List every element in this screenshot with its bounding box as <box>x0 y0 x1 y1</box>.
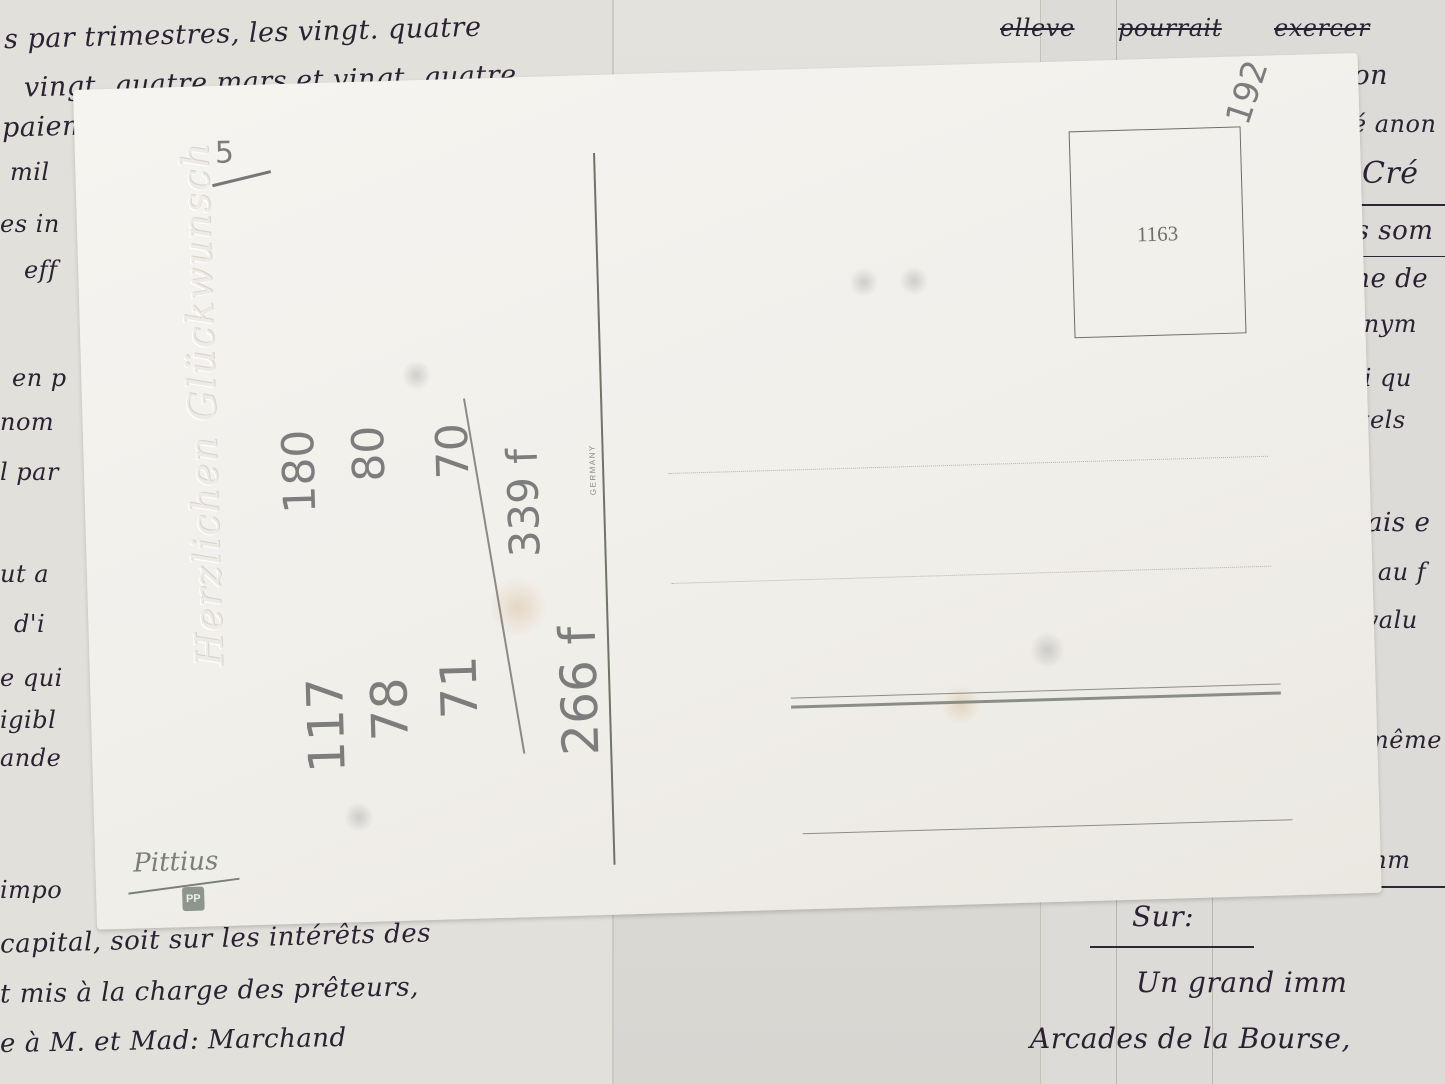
underline <box>1090 946 1254 948</box>
pencil-number: 78 <box>360 677 420 742</box>
address-line <box>803 819 1293 834</box>
smudge <box>401 360 432 391</box>
handwriting-line: ande <box>0 744 61 772</box>
postcard[interactable]: 5 Herzlichen Glückwunsch 117 78 71 180 8… <box>73 53 1382 930</box>
address-line <box>671 566 1271 584</box>
address-line <box>668 456 1268 474</box>
stamp-box: 1163 <box>1069 126 1247 338</box>
pencil-number: 117 <box>296 677 357 774</box>
publisher-logo: Pittius PP <box>133 846 219 878</box>
handwriting-line: en p <box>12 364 67 392</box>
center-divider <box>593 153 616 865</box>
struck-handwriting: exercer <box>1274 14 1370 42</box>
struck-handwriting: elleve <box>1000 14 1075 42</box>
smudge <box>848 267 879 298</box>
smudge <box>1029 632 1066 669</box>
handwriting-line: mil <box>10 158 50 186</box>
handwriting-heading: Sur: <box>1132 900 1194 933</box>
smudge <box>898 265 929 296</box>
handwriting-line: ut a <box>0 560 49 588</box>
corner-pencil-number: 192 <box>1218 55 1276 129</box>
pencil-number: 180 <box>273 429 326 514</box>
publisher-name: Pittius <box>133 846 219 878</box>
address-line <box>791 691 1281 708</box>
handwriting-line: impo <box>0 876 62 904</box>
handwriting-line: Arcades de la Bourse, <box>1030 1022 1351 1055</box>
handwriting-line: nom <box>0 408 54 436</box>
pencil-number: 80 <box>343 425 396 482</box>
pencil-total: 266 f <box>549 626 611 757</box>
printer-country: GERMANY <box>587 444 597 495</box>
handwriting-line: Un grand imm <box>1136 966 1347 999</box>
handwriting-line: e à M. et Mad: Marchand <box>0 1023 347 1059</box>
pencil-subtotal: 339 f <box>498 448 550 558</box>
embossed-greeting: Herzlichen Glückwunsch <box>173 141 232 667</box>
pencil-underline <box>212 170 271 187</box>
stain <box>940 684 981 725</box>
handwriting-heading: Cré <box>1362 156 1419 191</box>
handwriting-line: l par <box>0 458 59 486</box>
handwriting-line: eff <box>24 256 57 284</box>
struck-handwriting: pourrait <box>1118 14 1222 42</box>
pencil-mark: 5 <box>214 135 234 171</box>
handwriting-line: d'i <box>14 610 45 638</box>
smudge <box>344 802 375 833</box>
handwriting-line: es in <box>0 210 60 238</box>
handwriting-line: igibl <box>0 706 56 734</box>
pencil-number: 71 <box>429 655 489 720</box>
stamp-box-number: 1163 <box>1072 219 1243 249</box>
publisher-monogram: PP <box>182 887 205 912</box>
handwriting-line: e qui <box>0 664 63 692</box>
